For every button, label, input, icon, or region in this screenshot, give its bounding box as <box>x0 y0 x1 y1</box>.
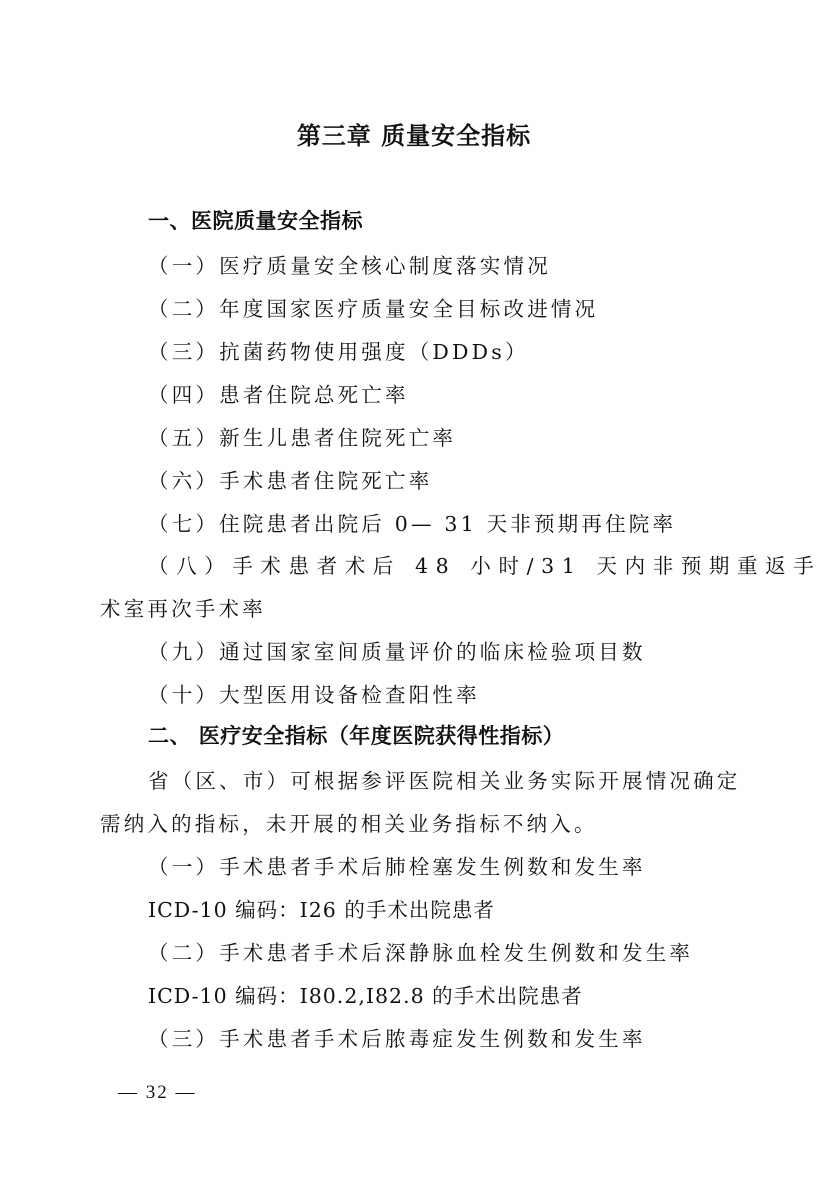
section-heading-2: 二、 医疗安全指标（年度医院获得性指标） <box>148 720 564 750</box>
list-item: （五）新生儿患者住院死亡率 <box>148 421 456 451</box>
list-item-continuation: 术室再次手术率 <box>100 592 266 622</box>
icd-code-line: ICD-10 编码：I80.2,I82.8 的手术出院患者 <box>148 979 583 1009</box>
list-item: （二）年度国家医疗质量安全目标改进情况 <box>148 292 598 322</box>
list-item: （一）医疗质量安全核心制度落实情况 <box>148 249 551 279</box>
icd-code-line: ICD-10 编码：I26 的手术出院患者 <box>148 893 495 923</box>
list-item: （八）手术患者术后 48 小时/31 天内非预期重返手 <box>148 549 821 579</box>
list-item: （二）手术患者手术后深静脉血栓发生例数和发生率 <box>148 936 693 966</box>
chapter-title: 第三章 质量安全指标 <box>0 116 828 151</box>
page-number: — 32 — <box>118 1082 197 1104</box>
list-item: （一）手术患者手术后肺栓塞发生例数和发生率 <box>148 850 646 880</box>
list-item: （六）手术患者住院死亡率 <box>148 464 432 494</box>
paragraph-line: 需纳入的指标，未开展的相关业务指标不纳入。 <box>100 807 598 837</box>
list-item: （四）患者住院总死亡率 <box>148 378 409 408</box>
paragraph-line: 省（区、市）可根据参评医院相关业务实际开展情况确定 <box>148 764 741 794</box>
section-heading-1: 一、医院质量安全指标 <box>148 205 363 235</box>
list-item: （三）手术患者手术后脓毒症发生例数和发生率 <box>148 1022 646 1052</box>
list-item: （十）大型医用设备检查阳性率 <box>148 678 480 708</box>
list-item: （七）住院患者出院后 0— 31 天非预期再住院率 <box>148 507 676 537</box>
list-item: （九）通过国家室间质量评价的临床检验项目数 <box>148 635 646 665</box>
list-item: （三）抗菌药物使用强度（DDDs） <box>148 335 529 365</box>
